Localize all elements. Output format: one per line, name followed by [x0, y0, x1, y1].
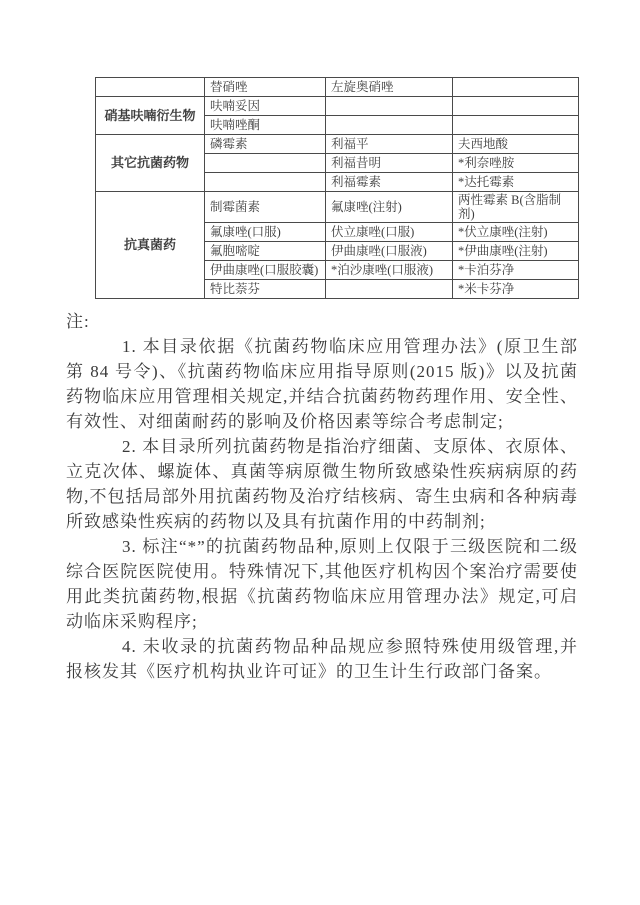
antibacterial-drug-table: 替硝唑 左旋奥硝唑 硝基呋喃衍生物 呋喃妥因 呋喃唑酮 其它抗菌药物 磷霉素 利… — [95, 77, 579, 299]
note-paragraph-1: 1. 本目录依据《抗菌药物临床应用管理办法》(原卫生部第 84 号令)、《抗菌药… — [66, 334, 578, 434]
drug-cell: 两性霉素 B(含脂制剂) — [453, 192, 579, 223]
drug-cell — [326, 280, 453, 299]
drug-cell — [205, 154, 326, 173]
table-row: 抗真菌药 制霉菌素 氟康唑(注射) 两性霉素 B(含脂制剂) — [96, 192, 579, 223]
drug-cell: *泊沙康唑(口服液) — [326, 261, 453, 280]
drug-cell: 伊曲康唑(口服胶囊) — [205, 261, 326, 280]
drug-cell: 左旋奥硝唑 — [326, 78, 453, 97]
category-cell-other-antibacterial: 其它抗菌药物 — [96, 135, 205, 192]
drug-cell: 特比萘芬 — [205, 280, 326, 299]
table-row: 硝基呋喃衍生物 呋喃妥因 — [96, 97, 579, 116]
drug-cell — [326, 97, 453, 116]
drug-cell: 伏立康唑(口服) — [326, 223, 453, 242]
drug-cell: *伏立康唑(注射) — [453, 223, 579, 242]
table-row: 其它抗菌药物 磷霉素 利福平 夫西地酸 — [96, 135, 579, 154]
note-paragraph-4: 4. 未收录的抗菌药物品种品规应参照特殊使用级管理,并报核发其《医疗机构执业许可… — [66, 634, 578, 684]
note-paragraph-3: 3. 标注“*”的抗菌药物品种,原则上仅限于三级医院和二级综合医院医院使用。特殊… — [66, 534, 578, 634]
drug-cell: 利福昔明 — [326, 154, 453, 173]
category-cell-antifungal: 抗真菌药 — [96, 192, 205, 299]
drug-cell: 夫西地酸 — [453, 135, 579, 154]
drug-cell — [453, 97, 579, 116]
notes-section: 注: 1. 本目录依据《抗菌药物临床应用管理办法》(原卫生部第 84 号令)、《… — [66, 309, 578, 684]
drug-cell: *米卡芬净 — [453, 280, 579, 299]
drug-cell: *伊曲康唑(注射) — [453, 242, 579, 261]
drug-cell: 利福平 — [326, 135, 453, 154]
drug-cell — [453, 78, 579, 97]
drug-cell: *达托霉素 — [453, 173, 579, 192]
table-row: 替硝唑 左旋奥硝唑 — [96, 78, 579, 97]
drug-cell: 制霉菌素 — [205, 192, 326, 223]
drug-cell: 替硝唑 — [205, 78, 326, 97]
drug-cell: 呋喃妥因 — [205, 97, 326, 116]
drug-cell: 伊曲康唑(口服液) — [326, 242, 453, 261]
drug-cell: *利奈唑胺 — [453, 154, 579, 173]
drug-cell — [326, 116, 453, 135]
drug-cell: 氟康唑(注射) — [326, 192, 453, 223]
note-paragraph-2: 2. 本目录所列抗菌药物是指治疗细菌、支原体、衣原体、立克次体、螺旋体、真菌等病… — [66, 434, 578, 534]
document-page: 替硝唑 左旋奥硝唑 硝基呋喃衍生物 呋喃妥因 呋喃唑酮 其它抗菌药物 磷霉素 利… — [0, 0, 640, 905]
drug-cell — [453, 116, 579, 135]
category-cell-nitrofuran: 硝基呋喃衍生物 — [96, 97, 205, 135]
drug-cell — [205, 173, 326, 192]
drug-cell: 呋喃唑酮 — [205, 116, 326, 135]
category-cell-empty — [96, 78, 205, 97]
notes-label: 注: — [66, 309, 578, 334]
drug-cell: 氟康唑(口服) — [205, 223, 326, 242]
drug-cell: 磷霉素 — [205, 135, 326, 154]
drug-cell: *卡泊芬净 — [453, 261, 579, 280]
drug-cell: 利福霉素 — [326, 173, 453, 192]
drug-cell: 氟胞嘧啶 — [205, 242, 326, 261]
